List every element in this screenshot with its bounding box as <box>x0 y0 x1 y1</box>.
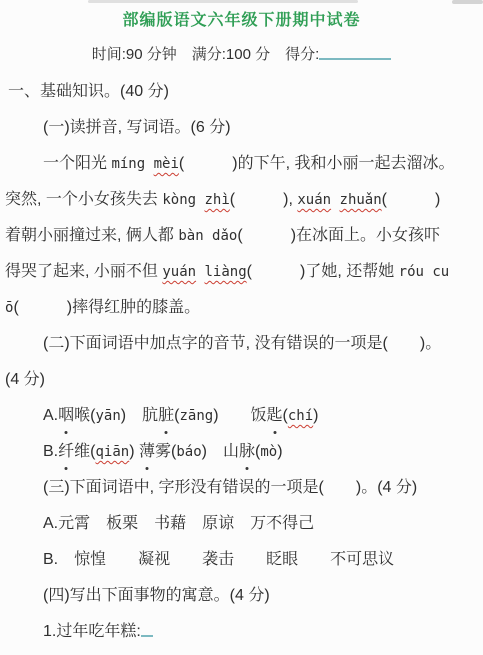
chinese-text: ) 山 <box>202 443 239 460</box>
pinyin-text-spellcheck: zhì <box>205 192 230 208</box>
chinese-text: A. <box>43 407 58 424</box>
chinese-text: (三)下面词语中, 字形没有错误的一项是( )。(4 分) <box>43 479 417 496</box>
pinyin-text-spellcheck: zhuǎn <box>340 192 382 208</box>
q4-heading: (四)写出下面事物的寓意。(4 分) <box>3 578 480 614</box>
answer-underline <box>141 623 153 637</box>
chinese-text: (一)读拼音, 写词语。(6 分) <box>43 119 231 136</box>
q2-heading: (二)下面词语中加点字的音节, 没有错误的一项是( )。 <box>3 326 480 362</box>
exam-info-line: 时间:90 分钟 满分:100 分 得分: <box>3 42 480 68</box>
chinese-text: 突然, 一个小女孩失去 <box>5 191 162 208</box>
pinyin-text: zāng <box>179 408 213 424</box>
chinese-text: ) <box>277 443 282 460</box>
q2-option-b: B.纤维(qiān) 薄雾(báo) 山脉(mò) <box>3 434 480 470</box>
pinyin-text: bàn dǎo <box>178 228 237 244</box>
chinese-text: ( ) <box>382 191 441 208</box>
q4-item-1: 1.过年吃年糕: <box>3 614 480 650</box>
chinese-text: 雾( <box>155 443 176 460</box>
chinese-text: ) <box>129 443 139 460</box>
pinyin-text: míng <box>111 156 153 172</box>
pinyin-text-spellcheck: qiān <box>95 444 129 460</box>
chinese-text: ( ), <box>230 191 298 208</box>
chinese-text: ( )了她, 还帮她 <box>247 263 399 280</box>
q2-option-a: A.咽喉(yān) 肮脏(zāng) 饭匙(chí) <box>3 398 480 434</box>
chinese-text: (4 分) <box>5 371 45 388</box>
chinese-text: (四)写出下面事物的寓意。(4 分) <box>43 587 270 604</box>
q1-paragraph-line-5: ō( )摔得红肿的膝盖。 <box>3 290 480 326</box>
chinese-text: ( )的下午, 我和小丽一起去溜冰。 <box>179 155 455 172</box>
chinese-text: 维( <box>74 443 95 460</box>
chinese-text: 着朝小丽撞过来, 俩人都 <box>5 227 178 244</box>
answer-underline <box>319 46 391 60</box>
chinese-text: B. <box>43 443 58 460</box>
section-1-heading: 一、基础知识。(40 分) <box>3 74 480 110</box>
chinese-text: A.元霄 板栗 书藉 原谅 万不得己 <box>43 515 314 532</box>
q1-paragraph-line-2: 突然, 一个小女孩失去 kòng zhì( ), xuán zhuǎn( ) <box>3 182 480 218</box>
q1-heading: (一)读拼音, 写词语。(6 分) <box>3 110 480 146</box>
q3-option-b: B. 惊惶 凝视 袭击 眨眼 不可思议 <box>3 542 480 578</box>
pinyin-text-spellcheck: liàng <box>205 264 247 280</box>
emphasis-dotted-char: 脉 <box>239 434 255 470</box>
pinyin-text-spellcheck: mèi <box>154 156 179 172</box>
chinese-text: ( )摔得红肿的膝盖。 <box>13 299 200 316</box>
chinese-text: (二)下面词语中加点字的音节, 没有错误的一项是( )。 <box>43 335 441 352</box>
chinese-text: 得哭了起来, 小丽不但 <box>5 263 162 280</box>
chinese-text: 时间:90 分钟 满分:100 分 得分: <box>92 46 320 63</box>
exam-title: 部编版语文六年级下册期中试卷 <box>3 8 480 34</box>
chinese-text: ) 饭 <box>213 407 266 424</box>
chinese-text: 一个阳光 <box>43 155 111 172</box>
pinyin-text <box>196 264 204 280</box>
pinyin-text-spellcheck: xuán <box>297 192 331 208</box>
pinyin-text-spellcheck: yuán <box>162 264 196 280</box>
emphasis-dotted-char: 咽 <box>58 398 74 434</box>
chinese-text: 一、基础知识。(40 分) <box>8 83 169 100</box>
emphasis-dotted-char: 纤 <box>58 434 74 470</box>
exam-paper: 部编版语文六年级下册期中试卷 时间:90 分钟 满分:100 分 得分: 一、基… <box>0 0 483 650</box>
pinyin-text <box>331 192 339 208</box>
q1-paragraph-line-3: 着朝小丽撞过来, 俩人都 bàn dǎo( )在冰面上。小女孩吓 <box>3 218 480 254</box>
scan-artifact-top <box>88 0 358 3</box>
q3-heading: (三)下面词语中, 字形没有错误的一项是( )。(4 分) <box>3 470 480 506</box>
q1-paragraph-line-1: 一个阳光 míng mèi( )的下午, 我和小丽一起去溜冰。 <box>3 146 480 182</box>
emphasis-dotted-char: 匙 <box>267 398 283 434</box>
emphasis-dotted-char: 薄 <box>139 434 155 470</box>
scan-artifact-corner <box>452 0 483 4</box>
exam-body: 一、基础知识。(40 分)(一)读拼音, 写词语。(6 分)一个阳光 míng … <box>3 74 480 650</box>
emphasis-dotted-char: 脏 <box>158 398 174 434</box>
pinyin-text: kòng <box>162 192 204 208</box>
chinese-text: ( )在冰面上。小女孩吓 <box>237 227 440 244</box>
chinese-text: ) <box>313 407 318 424</box>
chinese-text: 喉( <box>74 407 95 424</box>
chinese-text: B. 惊惶 凝视 袭击 眨眼 不可思议 <box>43 551 394 568</box>
q2-points: (4 分) <box>3 362 480 398</box>
pinyin-text-spellcheck: chí <box>288 408 313 424</box>
chinese-text: 1.过年吃年糕: <box>43 623 141 640</box>
pinyin-text: róu cu <box>399 264 450 280</box>
pinyin-text: báo <box>176 444 201 460</box>
pinyin-text: yān <box>95 408 120 424</box>
chinese-text: ) 肮 <box>121 407 158 424</box>
pinyin-text: mò <box>260 444 277 460</box>
q1-paragraph-line-4: 得哭了起来, 小丽不但 yuán liàng( )了她, 还帮她 róu cu <box>3 254 480 290</box>
q3-option-a: A.元霄 板栗 书藉 原谅 万不得己 <box>3 506 480 542</box>
